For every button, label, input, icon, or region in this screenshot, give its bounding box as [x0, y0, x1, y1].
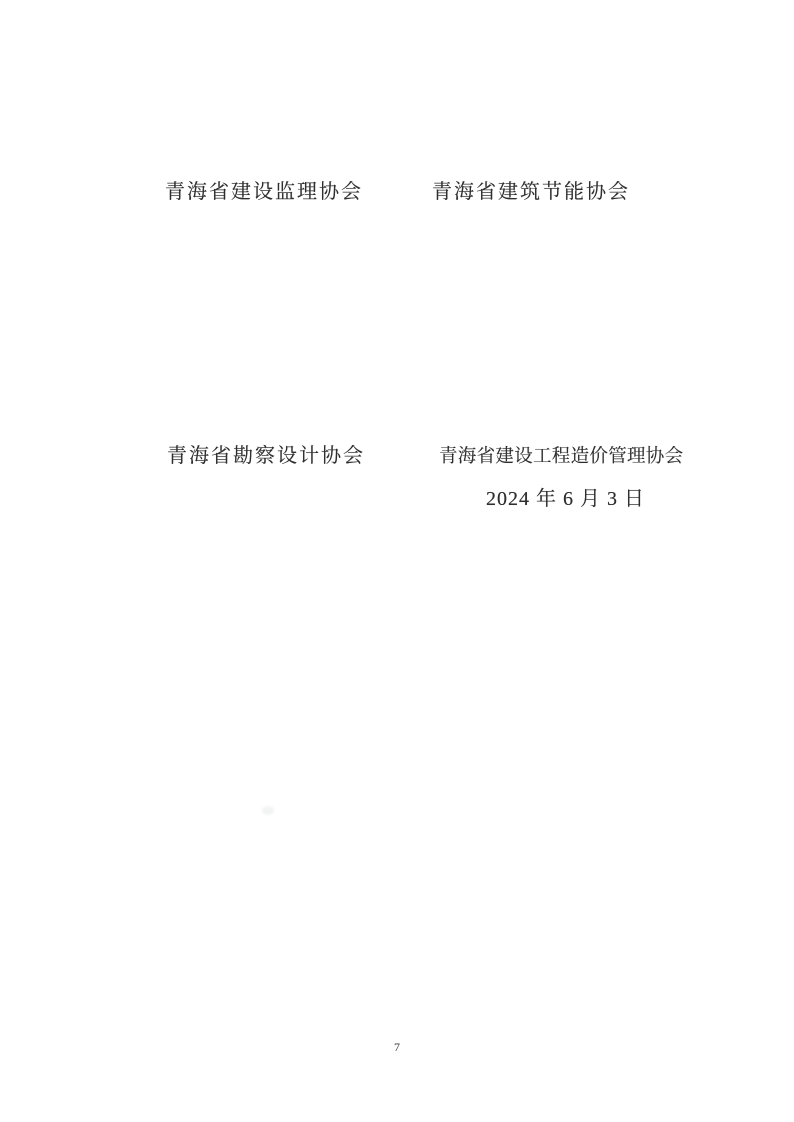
document-date: 2024 年 6 月 3 日: [486, 482, 645, 511]
org-name-supervision-association: 青海省建设监理协会: [165, 180, 363, 204]
document-page: 青海省建设监理协会 青海省建筑节能协会 青海省勘察设计协会 青海省建设工程造价管…: [0, 0, 794, 1122]
page-number: 7: [0, 1040, 794, 1055]
scan-artifact: [262, 806, 274, 815]
org-name-energy-saving-association: 青海省建筑节能协会: [432, 180, 630, 204]
org-name-survey-design-association: 青海省勘察设计协会: [167, 444, 365, 468]
org-name-cost-management-association: 青海省建设工程造价管理协会: [439, 445, 683, 469]
